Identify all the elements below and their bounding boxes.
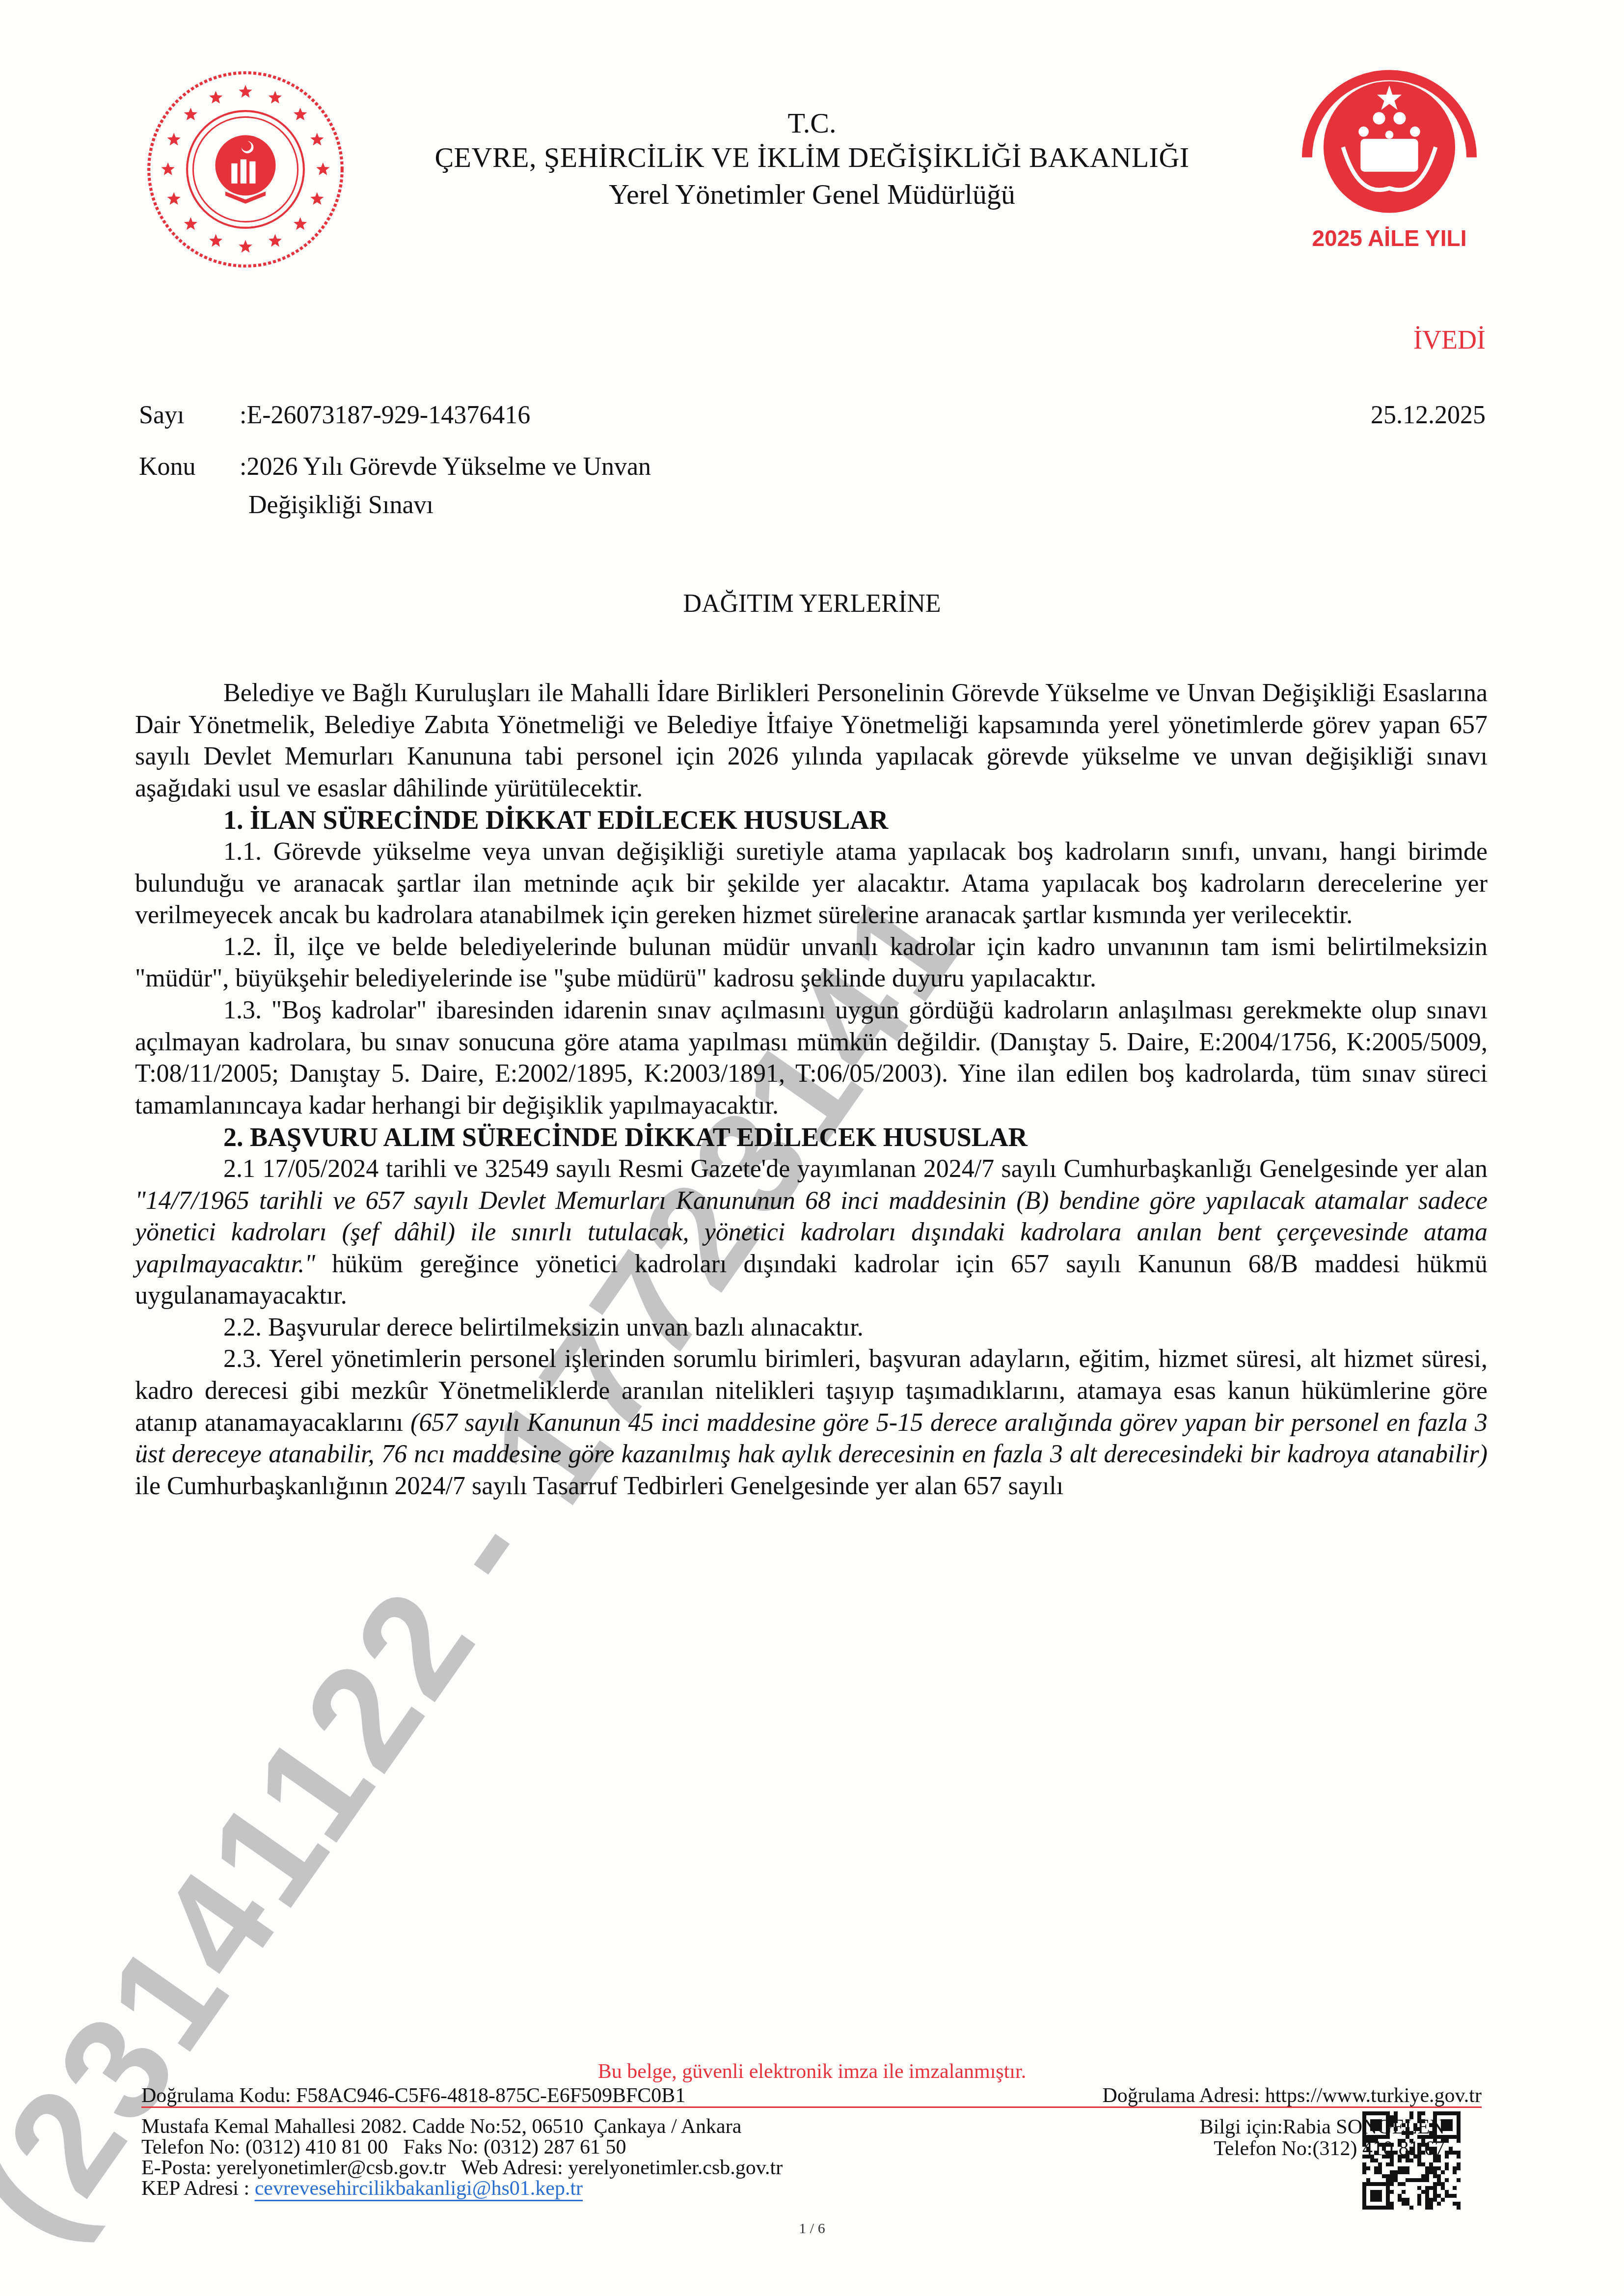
text-span: 2.1 17/05/2024 tarihli ve 32549 sayılı R… (223, 1155, 1488, 1183)
paragraph-1-3: 1.3. "Boş kadrolar" ibaresinden idarenin… (135, 995, 1488, 1121)
header-country: T.C. (0, 109, 1624, 137)
addressee: DAĞITIM YERLERİNE (0, 589, 1624, 618)
paragraph-1-1: 1.1. Görevde yükselme veya unvan değişik… (135, 836, 1488, 931)
konu-line-1: :2026 Yılı Görevde Yükselme ve Unvan (240, 448, 780, 486)
verification-address[interactable]: Doğrulama Adresi: https://www.turkiye.go… (1102, 2085, 1482, 2106)
address-block: Mustafa Kemal Mahallesi 2082. Cadde No:5… (141, 2116, 783, 2199)
page-number: 1 / 6 (0, 2220, 1624, 2237)
section-1-heading: 1. İLAN SÜRECİNDE DİKKAT EDİLECEK HUSUSL… (135, 804, 1488, 836)
text-span: ile Cumhurbaşkanlığının 2024/7 sayılı Ta… (135, 1472, 1063, 1500)
svg-text:2025 AİLE YILI: 2025 AİLE YILI (1312, 225, 1466, 251)
sayi-value: :E-26073187-929-14376416 (240, 403, 530, 428)
kep-link[interactable]: cevrevesehircilikbakanligi@hs01.kep.tr (255, 2177, 583, 2200)
header-ministry: ÇEVRE, ŞEHİRCİLİK VE İKLİM DEĞİŞİKLİĞİ B… (0, 143, 1624, 172)
header-department: Yerel Yönetimler Genel Müdürlüğü (0, 180, 1624, 209)
qr-code-icon[interactable] (1362, 2111, 1461, 2210)
konu-value: :2026 Yılı Görevde Yükselme ve Unvan Değ… (240, 448, 780, 524)
text-span: hüküm gereğince yönetici kadroları dışın… (135, 1250, 1488, 1310)
sayi-label: Sayı (139, 403, 184, 428)
paragraph-2-1: 2.1 17/05/2024 tarihli ve 32549 sayılı R… (135, 1153, 1488, 1312)
email-web: E-Posta: yerelyonetimler@csb.gov.tr Web … (141, 2158, 783, 2178)
intro-paragraph: Belediye ve Bağlı Kuruluşları ile Mahall… (135, 678, 1488, 804)
konu-label: Konu (139, 454, 196, 480)
section-2-heading: 2. BAŞVURU ALIM SÜRECİNDE DİKKAT EDİLECE… (135, 1121, 1488, 1153)
konu-line-2: Değişikliği Sınavı (240, 486, 780, 524)
e-signature-note: Bu belge, güvenli elektronik imza ile im… (0, 2060, 1624, 2083)
postal-address: Mustafa Kemal Mahallesi 2082. Cadde No:5… (141, 2116, 783, 2137)
document-date: 25.12.2025 (1371, 403, 1486, 428)
paragraph-1-2: 1.2. İl, ilçe ve belde belediyelerinde b… (135, 931, 1488, 995)
kep-address: KEP Adresi : cevrevesehircilikbakanligi@… (141, 2178, 783, 2199)
phone-fax: Telefon No: (0312) 410 81 00 Faks No: (0… (141, 2137, 783, 2158)
kep-label: KEP Adresi : (141, 2177, 255, 2200)
verification-code: Doğrulama Kodu: F58AC946-C5F6-4818-875C-… (141, 2085, 685, 2106)
letter-body: Belediye ve Bağlı Kuruluşları ile Mahall… (135, 678, 1488, 1502)
paragraph-2-2: 2.2. Başvurular derece belirtilmeksizin … (135, 1312, 1488, 1344)
paragraph-2-3: 2.3. Yerel yönetimlerin personel işlerin… (135, 1343, 1488, 1502)
urgency-badge: İVEDİ (1413, 327, 1486, 353)
footer-divider (141, 2106, 1482, 2108)
